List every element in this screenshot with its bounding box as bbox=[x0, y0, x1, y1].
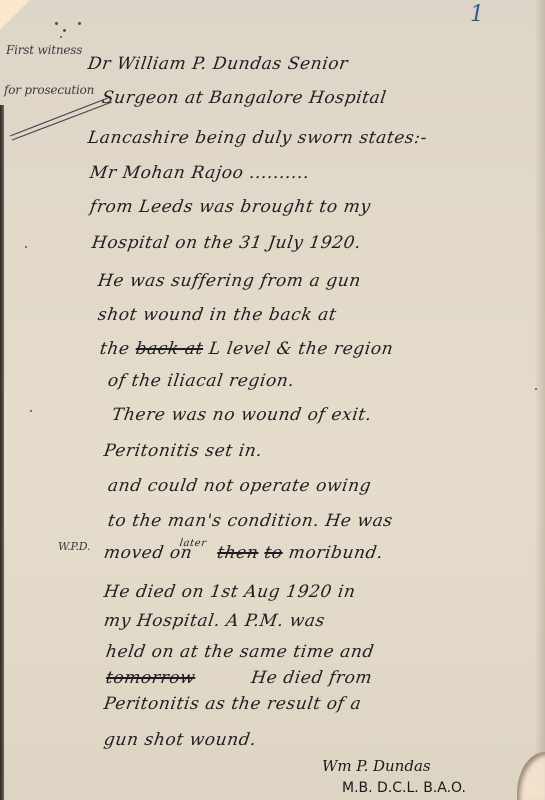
body-line-12: Peritonitis set in. bbox=[103, 441, 264, 461]
body-line-5: from Leeds was brought to my bbox=[89, 197, 372, 217]
torn-corner bbox=[0, 0, 30, 30]
scan-edge-shadow bbox=[0, 105, 4, 800]
body-line-15: moved on later then to moribund. bbox=[103, 543, 385, 563]
body-line-17: my Hospital. A P.M. was bbox=[103, 611, 327, 631]
signature-name: Wm P. Dundas bbox=[322, 755, 466, 777]
scanned-document-page: 1 First witness for prosecution W.P.D. D… bbox=[0, 0, 545, 800]
line15-struck-word-2: to bbox=[263, 543, 284, 563]
margin-initials: W.P.D. bbox=[58, 540, 90, 553]
margin-note-first-witness: First witness bbox=[6, 43, 82, 57]
line9-text-before: the bbox=[99, 339, 131, 359]
signature-qualifications: M.B. D.C.L. B.A.O. bbox=[322, 777, 466, 799]
body-line-16: He died on 1st Aug 1920 in bbox=[103, 582, 357, 602]
page-number: 1 bbox=[470, 2, 484, 27]
body-line-10: of the iliacal region. bbox=[107, 371, 296, 391]
line15-inserted-word: later bbox=[179, 538, 207, 549]
body-line-11: There was no wound of exit. bbox=[111, 405, 374, 425]
body-line-9: the back at L level & the region bbox=[99, 339, 395, 359]
signature-block: Wm P. Dundas M.B. D.C.L. B.A.O. bbox=[322, 755, 466, 799]
body-line-8: shot wound in the back at bbox=[97, 305, 338, 325]
body-line-20: Peritonitis as the result of a bbox=[103, 694, 363, 714]
line19-struck-word: tomorrow bbox=[105, 668, 197, 688]
margin-note-for-prosecution: for prosecution bbox=[4, 83, 94, 97]
line19-text-after: He died from bbox=[250, 668, 374, 688]
body-line-7: He was suffering from a gun bbox=[97, 271, 363, 291]
body-line-6: Hospital on the 31 July 1920. bbox=[91, 233, 363, 253]
body-line-14: to the man's condition. He was bbox=[107, 511, 395, 531]
line9-text-after: L level & the region bbox=[208, 339, 395, 359]
body-line-3: Lancashire being duly sworn states:- bbox=[87, 128, 429, 148]
body-line-19: tomorrow He died from bbox=[105, 668, 374, 688]
body-line-21: gun shot wound. bbox=[103, 730, 258, 750]
line9-struck-text: back at bbox=[134, 339, 204, 359]
body-line-4: Mr Mohan Rajoo .......... bbox=[89, 163, 311, 183]
body-line-13: and could not operate owing bbox=[107, 476, 373, 496]
body-line-18: held on at the same time and bbox=[105, 642, 376, 662]
body-line-1: Dr William P. Dundas Senior bbox=[87, 54, 350, 74]
line15-text-after: moribund. bbox=[287, 543, 384, 563]
curled-corner bbox=[517, 752, 545, 800]
page-edge bbox=[535, 0, 545, 800]
line15-struck-word-1: then bbox=[216, 543, 260, 563]
body-line-2: Surgeon at Bangalore Hospital bbox=[101, 88, 388, 108]
